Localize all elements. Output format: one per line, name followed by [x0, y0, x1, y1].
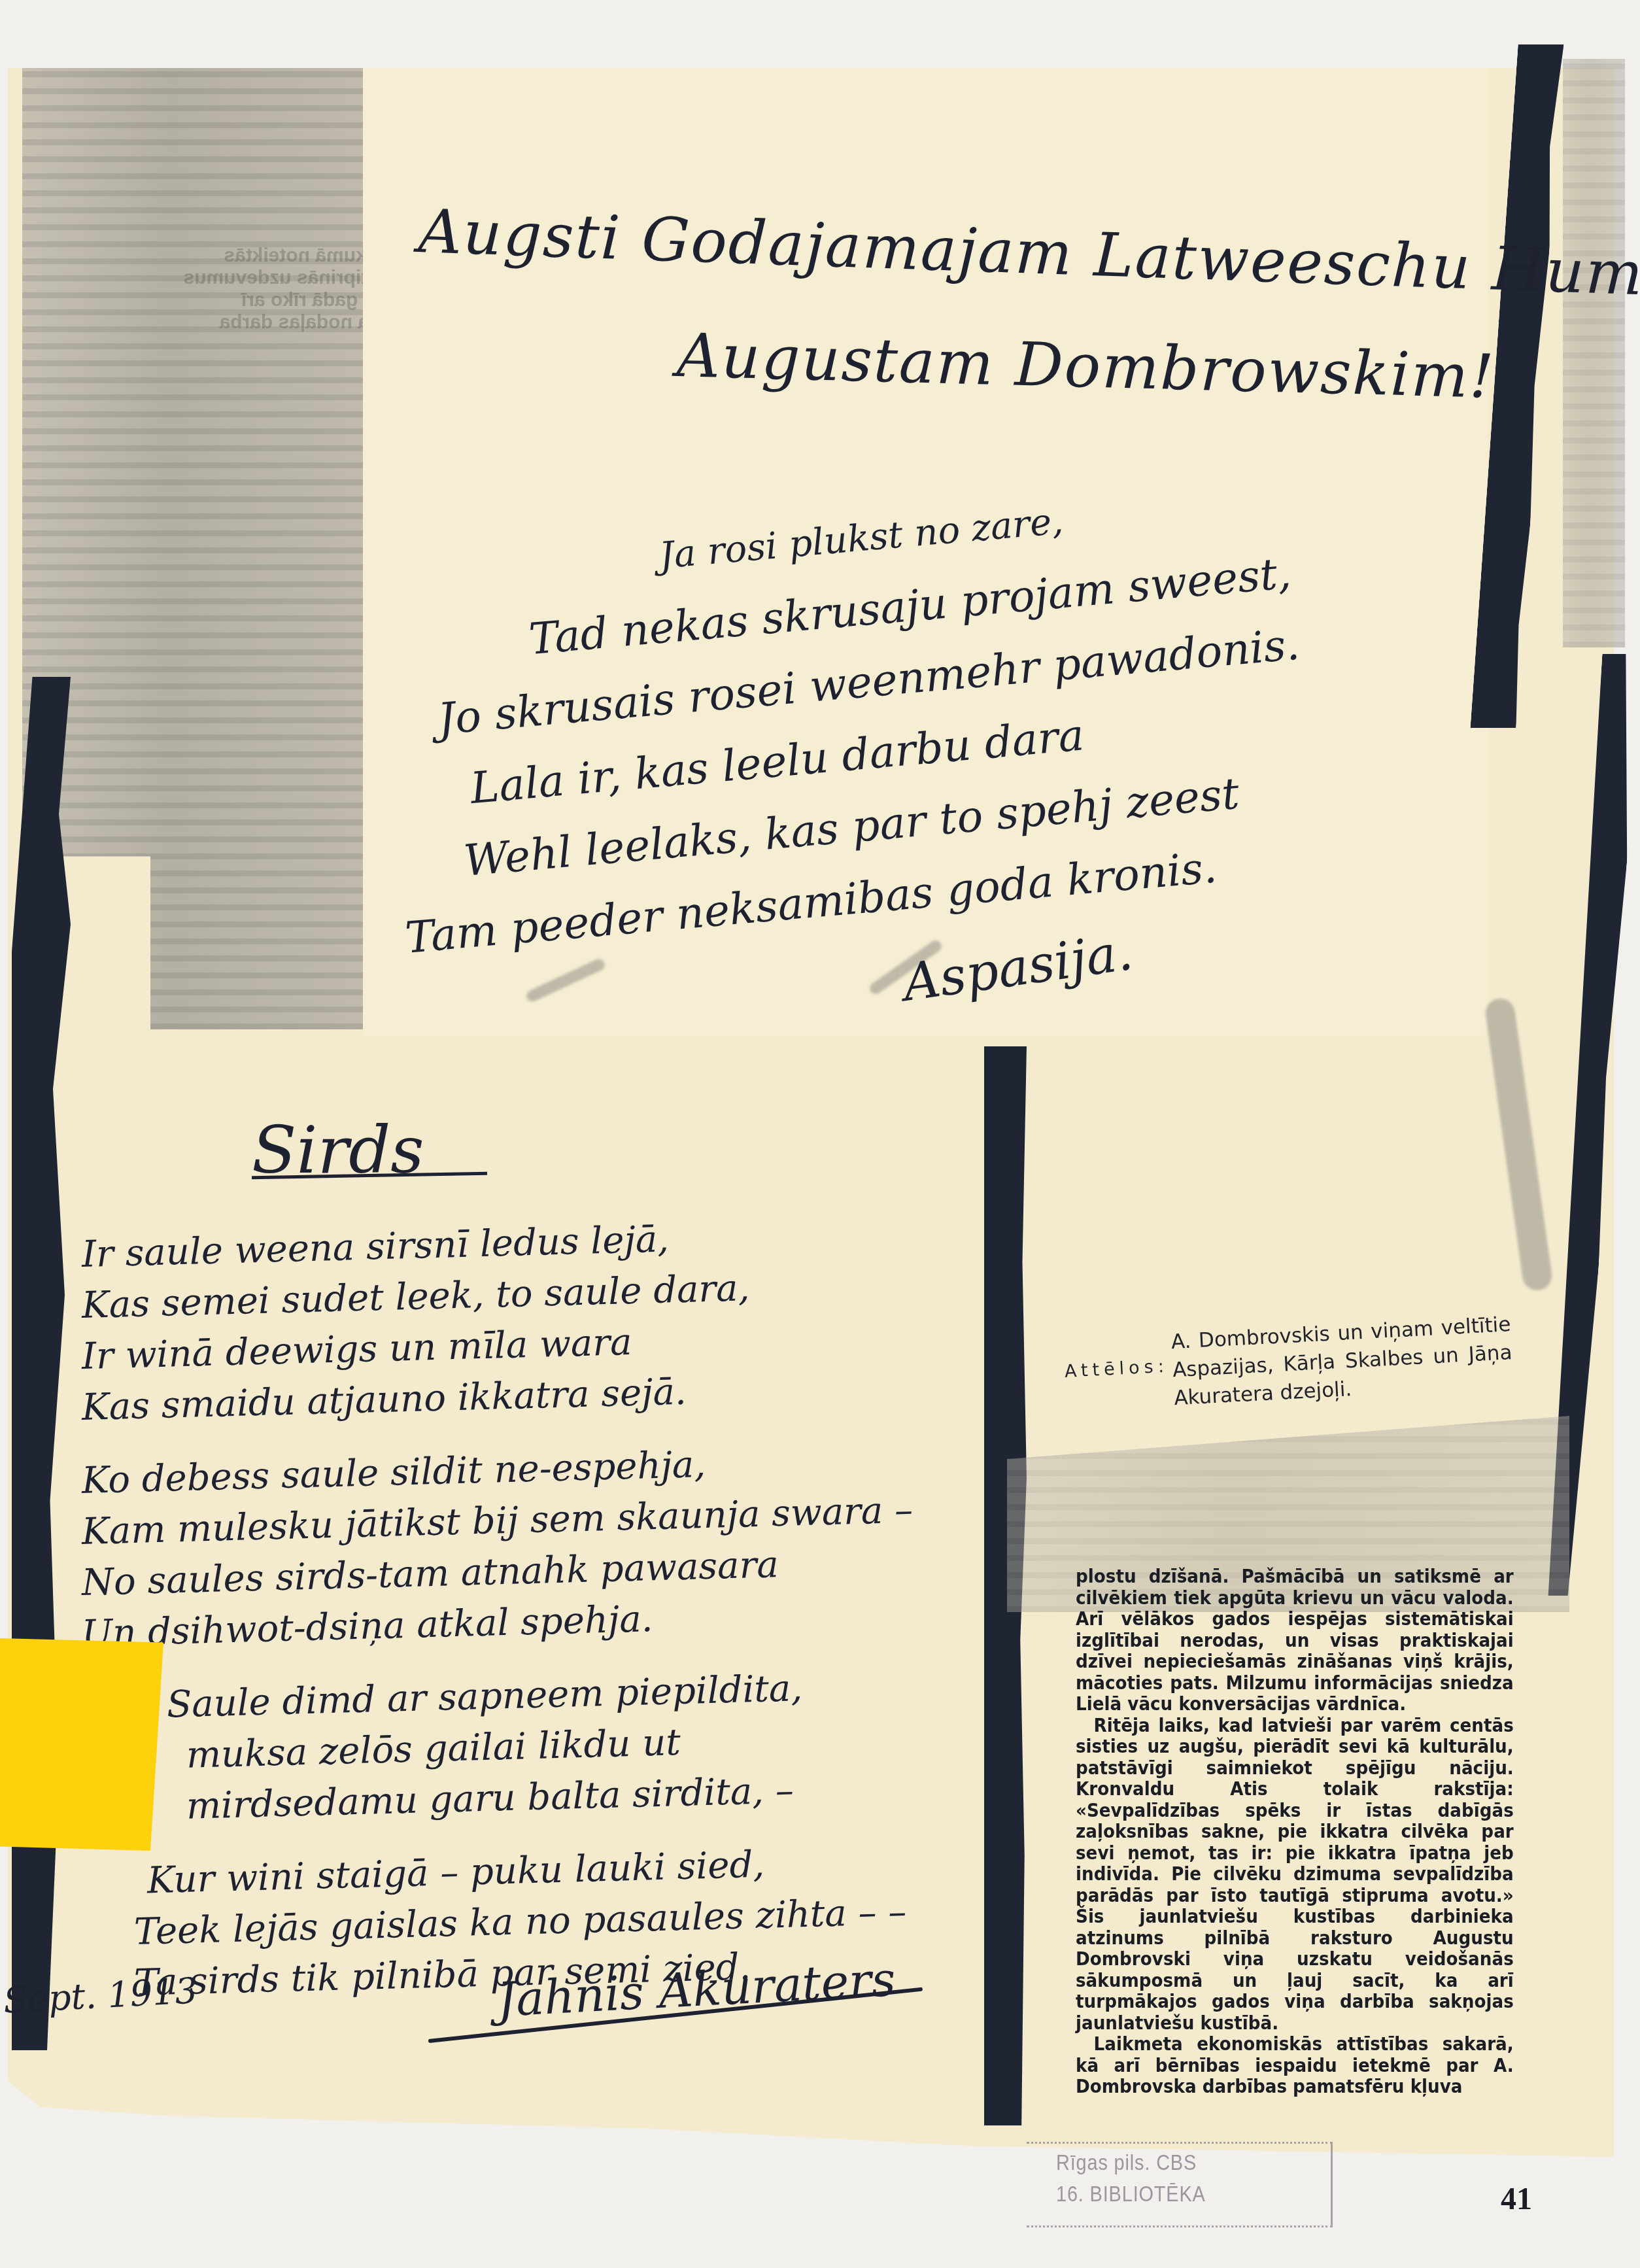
- akuraters-poem: Ir saule weena sirsnī ledus lejā, Kas se…: [82, 1229, 971, 2010]
- mirrored-ghost-text: nolikumā noteiktās apstiprinās uzdevumus…: [140, 245, 401, 334]
- article-paragraph: plostu dzīšanā. Pašmācībā un satiksmē ar…: [1076, 1566, 1514, 1715]
- yellow-sticky-tab: [0, 1638, 163, 1851]
- stamp-line-2: 16. BIBLIOTĒKA: [1056, 2182, 1206, 2207]
- library-stamp: Rīgas pils. CBS 16. BIBLIOTĒKA: [1027, 2142, 1333, 2227]
- stamp-line-1: Rīgas pils. CBS: [1056, 2150, 1197, 2176]
- article-column: plostu dzīšanā. Pašmācībā un satiksmē ar…: [1076, 1566, 1514, 2098]
- page-number: 41: [1501, 2181, 1532, 2217]
- newspaper-clipping-right-strip: [1563, 59, 1625, 647]
- article-paragraph: Ritēja laiks, kad latvieši par varēm cen…: [1076, 1715, 1514, 2035]
- caption-text: A. Dombrovskis un viņam veltītie Aspazij…: [1170, 1311, 1514, 1413]
- aspazija-poem: Ja rosi plukst no zare, Tad nekas skrusa…: [405, 543, 1426, 974]
- article-paragraph: Laikmeta ekonomiskās attīstības sakarā, …: [1076, 2034, 1514, 2098]
